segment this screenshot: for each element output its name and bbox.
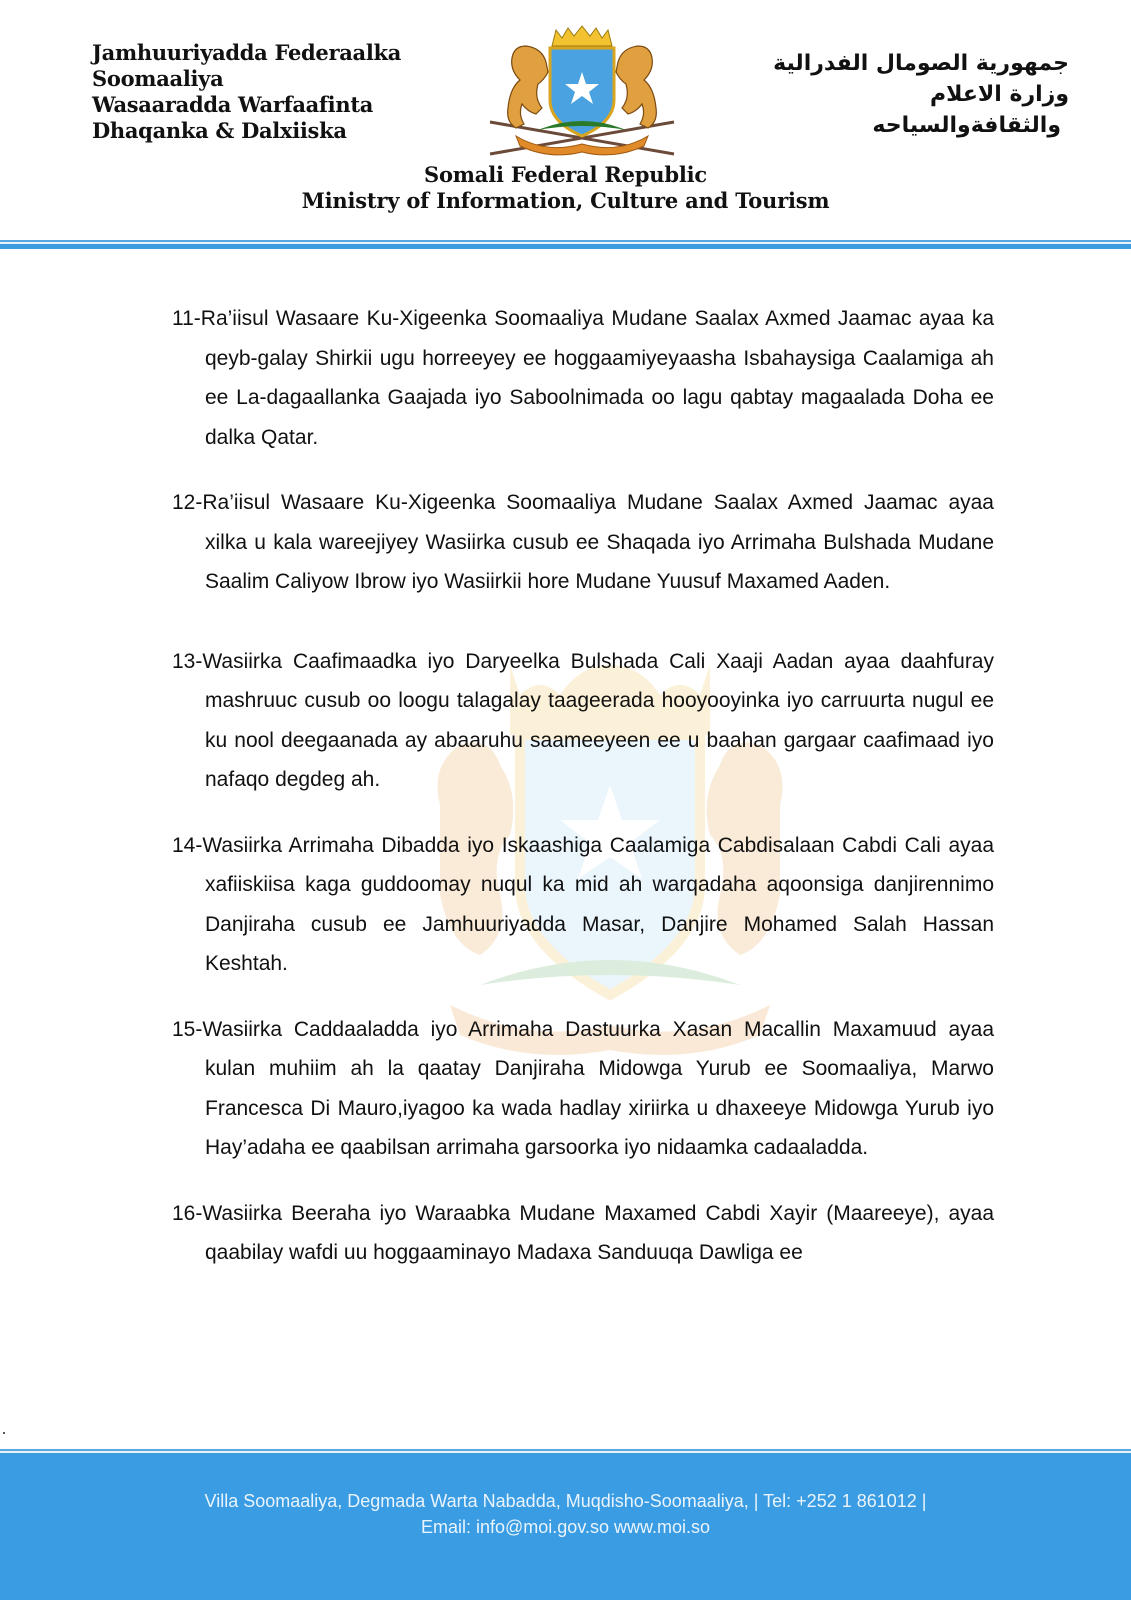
stray-dot	[3, 1432, 5, 1434]
header-somali-line-1: Jamhuuriyadda Federaalka	[92, 40, 401, 66]
news-item-text: Wasiirka Caddaaladda iyo Arrimaha Dastuu…	[202, 1018, 994, 1160]
header-somali-line-2: Soomaaliya	[92, 66, 401, 92]
footer-email-website: Email: info@moi.gov.so www.moi.so	[0, 1514, 1131, 1540]
news-item-text: Wasiirka Caafimaadka iyo Daryeelka Bulsh…	[202, 650, 994, 792]
header-english-line-2: Ministry of Information, Culture and Tou…	[0, 188, 1131, 214]
header-somali-line-3: Wasaaradda Warfaafinta	[92, 92, 401, 118]
news-item-text: Ra’iisul Wasaare Ku-Xigeenka Soomaaliya …	[201, 307, 994, 449]
header-arabic-line-3: والثقافةوالسياحه	[729, 110, 1069, 141]
somalia-coat-of-arms-icon	[486, 24, 678, 160]
news-item-12: 12-Ra’iisul Wasaare Ku-Xigeenka Soomaali…	[172, 483, 994, 602]
news-item-text: Wasiirka Arrimaha Dibadda iyo Iskaashiga…	[202, 834, 994, 976]
news-item-16: 16-Wasiirka Beeraha iyo Waraabka Mudane …	[172, 1194, 994, 1273]
news-item-text: Ra’iisul Wasaare Ku-Xigeenka Soomaaliya …	[202, 491, 994, 593]
header-somali-line-4: Dhaqanka & Dalxiiska	[92, 118, 401, 144]
header-somali-title: Jamhuuriyadda Federaalka Soomaaliya Wasa…	[92, 40, 401, 144]
news-item-number: 14-	[172, 834, 202, 857]
news-item-13: 13-Wasiirka Caafimaadka iyo Daryeelka Bu…	[172, 642, 994, 800]
news-item-11: 11-Ra’iisul Wasaare Ku-Xigeenka Soomaali…	[172, 299, 994, 457]
header-arabic-line-1: جمهورية الصومال الفدرالية	[729, 48, 1069, 79]
news-item-number: 11-	[172, 307, 201, 330]
header-arabic-line-2: وزارة الاعلام	[729, 79, 1069, 110]
news-item-15: 15-Wasiirka Caddaaladda iyo Arrimaha Das…	[172, 1010, 994, 1168]
footer-contact: Villa Soomaaliya, Degmada Warta Nabadda,…	[0, 1488, 1131, 1540]
news-item-number: 13-	[172, 650, 202, 673]
header-arabic-title: جمهورية الصومال الفدرالية وزارة الاعلام …	[729, 48, 1069, 141]
news-list: 11-Ra’iisul Wasaare Ku-Xigeenka Soomaali…	[172, 299, 994, 1299]
footer-address: Villa Soomaaliya, Degmada Warta Nabadda,…	[0, 1488, 1131, 1514]
news-item-number: 12-	[172, 491, 202, 514]
header-english-line-1: Somali Federal Republic	[0, 162, 1131, 188]
header-english-title: Somali Federal Republic Ministry of Info…	[0, 162, 1131, 214]
header-divider	[0, 240, 1131, 249]
news-item-number: 16-	[172, 1202, 202, 1225]
news-item-text: Wasiirka Beeraha iyo Waraabka Mudane Max…	[202, 1202, 994, 1265]
news-item-14: 14-Wasiirka Arrimaha Dibadda iyo Iskaash…	[172, 826, 994, 984]
footer-divider	[0, 1449, 1131, 1453]
news-item-number: 15-	[172, 1018, 202, 1041]
